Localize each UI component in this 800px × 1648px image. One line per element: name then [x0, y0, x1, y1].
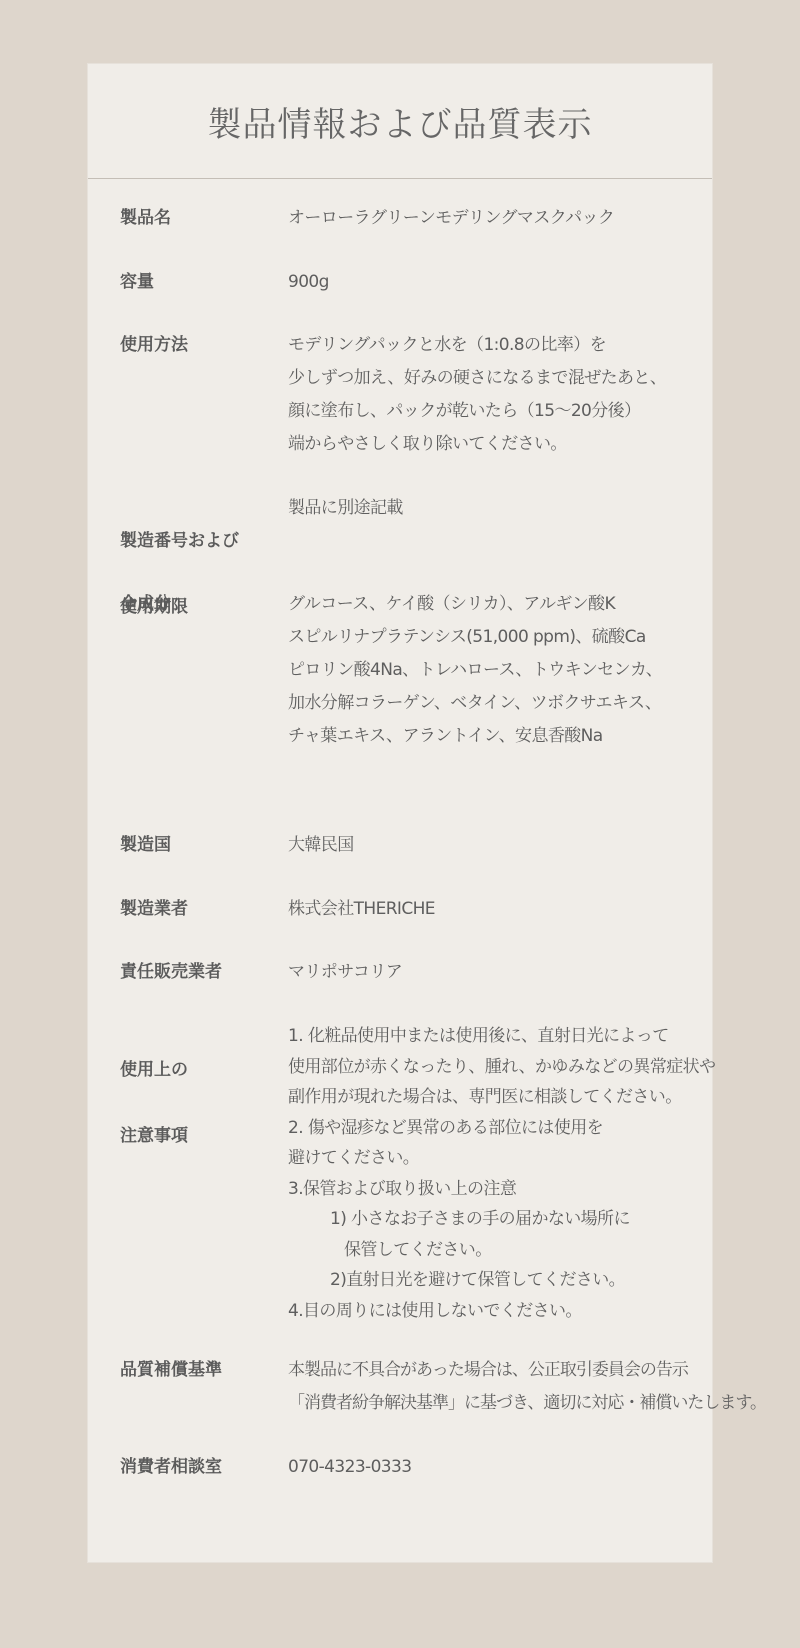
label-ingredients: 全成分 — [120, 588, 280, 621]
value-lot-expiry: 製品に別途記載 — [288, 492, 403, 525]
precaution-line: 2. 傷や湿疹など異常のある部位には使用を — [288, 1113, 715, 1144]
ingredients-line: スピルリナプラテンシス(51,000 ppm)、硫酸Ca — [288, 621, 662, 654]
quality-line: 「消費者紛争解決基準」に基づき、適切に対応・補償いたします。 — [288, 1387, 766, 1420]
value-product-name: オーローラグリーンモデリングマスクパック — [288, 202, 614, 235]
quality-line: 本製品に不具合があった場合は、公正取引委員会の告示 — [288, 1354, 766, 1387]
precaution-subline: 1) 小さなお子さまの手の届かない場所に — [288, 1204, 715, 1235]
precaution-line: 3.保管および取り扱い上の注意 — [288, 1174, 715, 1205]
ingredients-line: グルコース、ケイ酸（シリカ）、アルギン酸K — [288, 588, 662, 621]
value-volume: 900g — [288, 266, 329, 299]
label-country: 製造国 — [120, 829, 280, 862]
label-volume: 容量 — [120, 266, 280, 299]
precaution-subline: 保管してください。 — [288, 1235, 715, 1266]
usage-line: 端からやさしく取り除いてください。 — [288, 428, 666, 461]
precaution-line: 副作用が現れた場合は、専門医に相談してください。 — [288, 1082, 715, 1113]
value-consumer-center-phone: 070-4323-0333 — [288, 1451, 411, 1484]
label-line: 使用上の — [120, 1054, 280, 1087]
value-ingredients: グルコース、ケイ酸（シリカ）、アルギン酸K スピルリナプラテンシス(51,000… — [288, 588, 662, 753]
usage-line: 顔に塗布し、パックが乾いたら（15〜20分後） — [288, 395, 666, 428]
ingredients-line: ピロリン酸4Na、トレハロース、トウキンセンカ、 — [288, 654, 662, 687]
label-precautions: 使用上の 注意事項 — [120, 1021, 280, 1186]
precaution-line: 1. 化粧品使用中または使用後に、直射日光によって — [288, 1021, 715, 1052]
value-manufacturer: 株式会社THERICHE — [288, 893, 435, 926]
precaution-line: 4.目の周りには使用しないでください。 — [288, 1296, 715, 1327]
value-distributor: マリポサコリア — [288, 956, 402, 989]
label-distributor: 責任販売業者 — [120, 956, 280, 989]
page-title: 製品情報および品質表示 — [88, 64, 712, 178]
value-country: 大韓民国 — [288, 829, 354, 862]
precaution-line: 避けてください。 — [288, 1143, 715, 1174]
usage-line: 少しずつ加え、好みの硬さになるまで混ぜたあと、 — [288, 362, 666, 395]
value-precautions: 1. 化粧品使用中または使用後に、直射日光によって 使用部位が赤くなったり、腫れ… — [288, 1021, 715, 1326]
ingredients-line: チャ葉エキス、アラントイン、安息香酸Na — [288, 720, 662, 753]
ingredients-line: 加水分解コラーゲン、ベタイン、ツボクサエキス、 — [288, 687, 662, 720]
title-divider — [88, 178, 712, 179]
label-consumer-center: 消費者相談室 — [120, 1451, 280, 1484]
label-lot-expiry: 製造番号および 使用期限 — [120, 492, 280, 657]
label-usage: 使用方法 — [120, 329, 280, 362]
value-quality-standard: 本製品に不具合があった場合は、公正取引委員会の告示 「消費者紛争解決基準」に基づ… — [288, 1354, 766, 1420]
usage-line: モデリングパックと水を（1:0.8の比率）を — [288, 329, 666, 362]
label-line: 製造番号および — [120, 525, 280, 558]
product-info-card: 製品情報および品質表示 製品名 オーローラグリーンモデリングマスクパック 容量 … — [88, 64, 712, 1562]
precaution-subline: 2)直射日光を避けて保管してください。 — [288, 1265, 715, 1296]
label-quality-standard: 品質補償基準 — [120, 1354, 280, 1387]
value-usage: モデリングパックと水を（1:0.8の比率）を 少しずつ加え、好みの硬さになるまで… — [288, 329, 666, 461]
label-manufacturer: 製造業者 — [120, 893, 280, 926]
precaution-line: 使用部位が赤くなったり、腫れ、かゆみなどの異常症状や — [288, 1052, 715, 1083]
label-product-name: 製品名 — [120, 202, 280, 235]
label-line: 注意事項 — [120, 1120, 280, 1153]
